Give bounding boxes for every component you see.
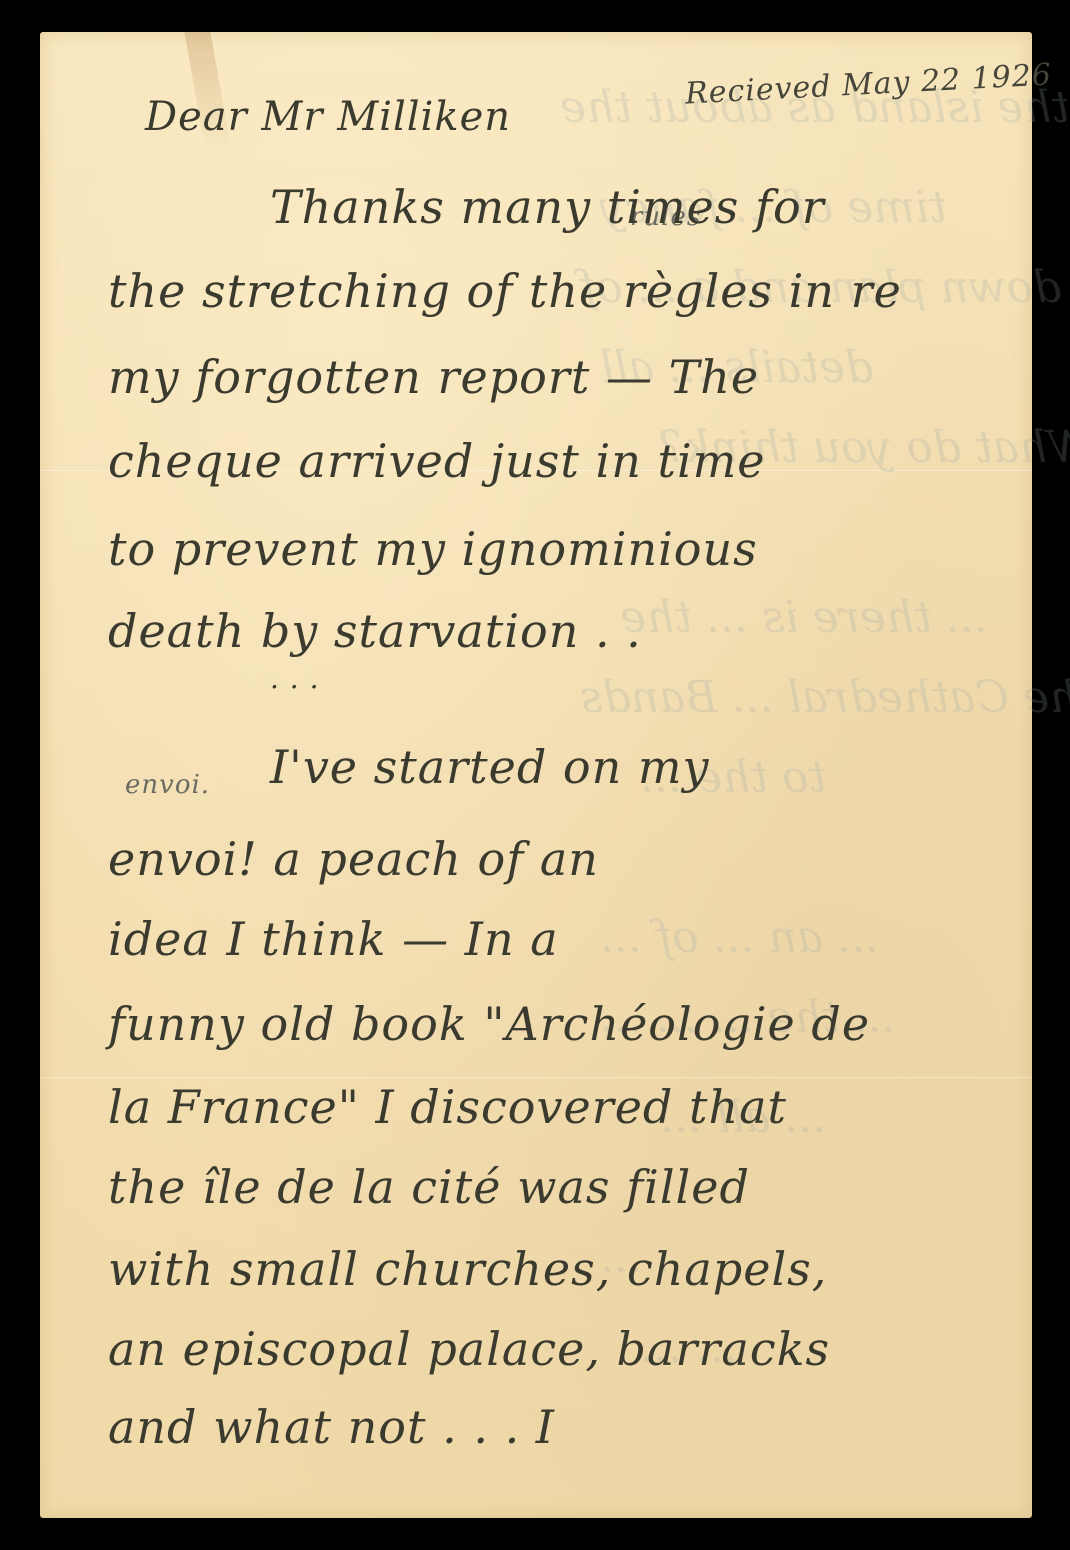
letter-line: with small churches, chapels, [108, 1242, 827, 1296]
letter-page: of the island as about the time of ... f… [40, 32, 1032, 1518]
letter-line: idea I think — In a [108, 912, 559, 966]
salutation: Dear Mr Milliken [145, 94, 511, 140]
letter-line: envoi! a peach of an [108, 832, 599, 886]
letter-line: I've started on my [270, 740, 709, 794]
letter-line: to prevent my ignominious [108, 522, 758, 576]
fold-crease [40, 1077, 1032, 1078]
letter-line: the stretching of the règles in re [108, 264, 902, 318]
annotation-envoi: envoi. [125, 770, 210, 800]
letter-line: an episcopal palace, barracks [108, 1322, 830, 1376]
letter-line: cheque arrived just in time [108, 434, 766, 488]
letter-line: . . . [270, 662, 320, 695]
letter-line: la France" I discovered that [108, 1080, 787, 1134]
letter-line: Thanks many times for [270, 180, 825, 234]
bleed-through-line: ... the Cathedral ... Bands [580, 672, 1070, 723]
letter-line: my forgotten report — The [108, 350, 759, 404]
bleed-through-line: ... there is ... the [620, 592, 988, 643]
letter-line: and what not . . . I [108, 1400, 555, 1454]
letter-line: funny old book "Archéologie de [108, 997, 870, 1051]
letter-line: the île de la cité was filled [108, 1160, 750, 1214]
bleed-through-line: ... an ... of ... [600, 912, 879, 963]
letter-line: death by starvation . . [108, 604, 642, 658]
